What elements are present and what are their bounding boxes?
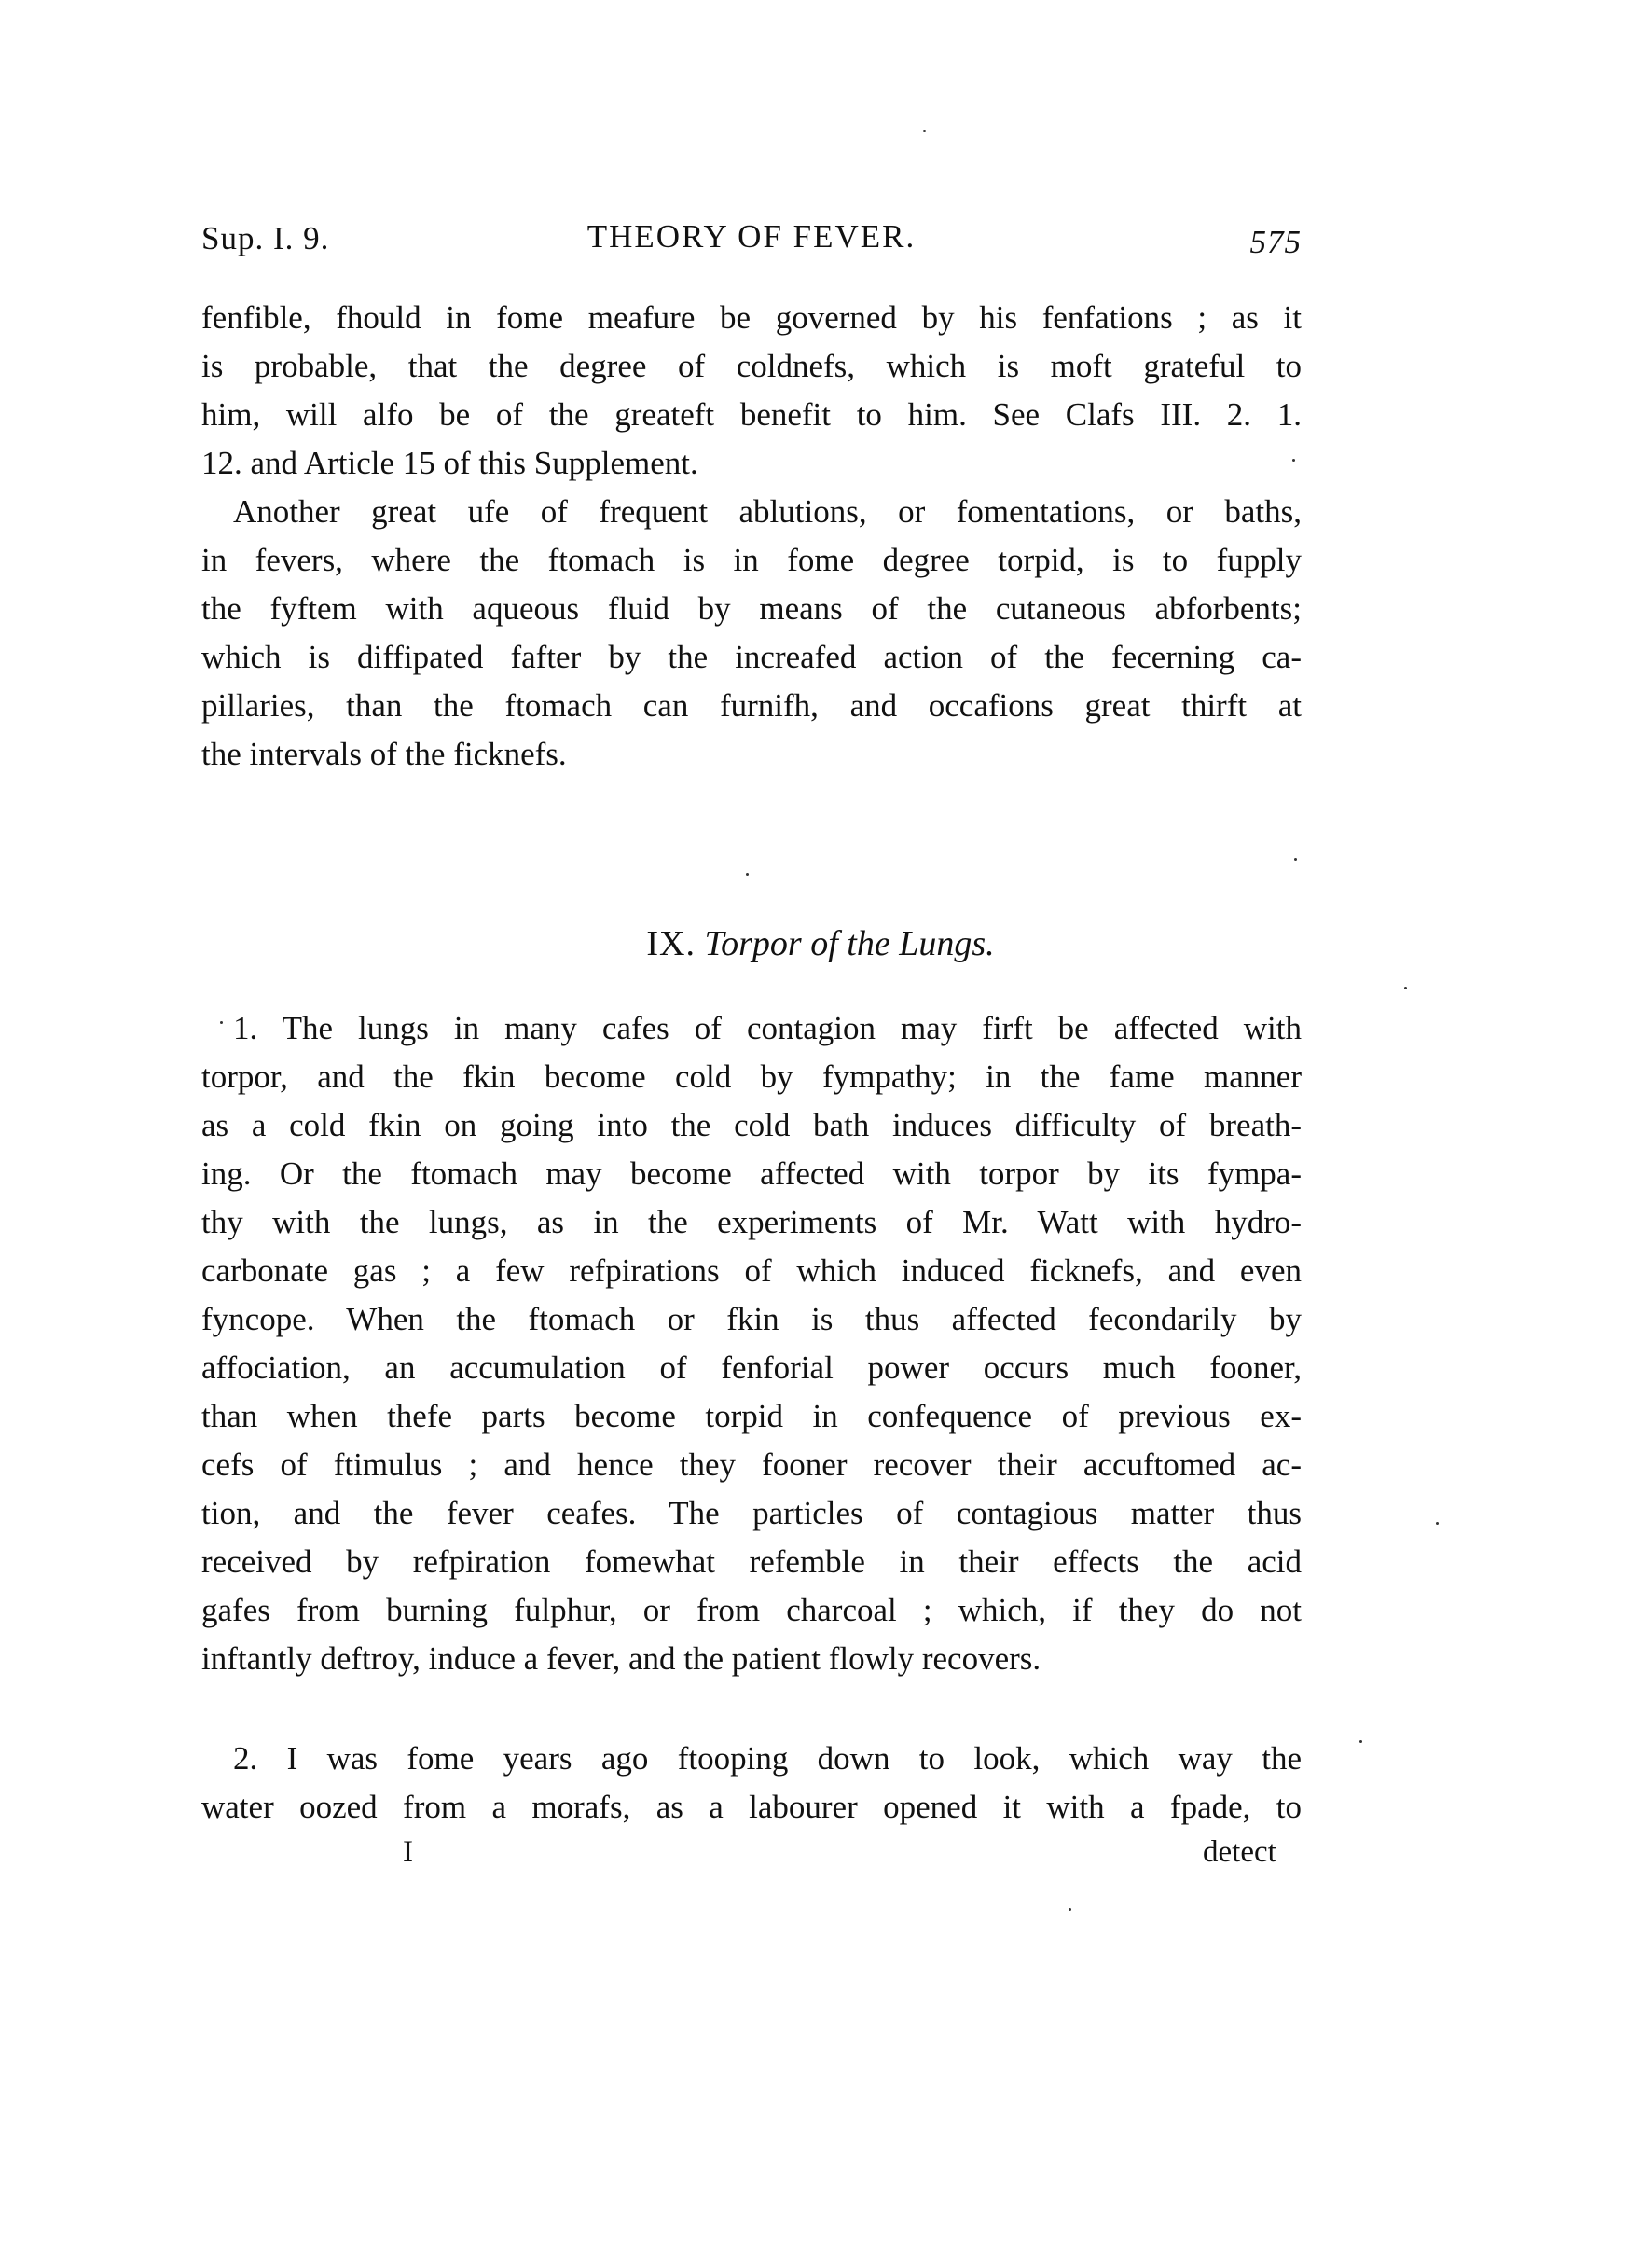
print-speck	[1404, 987, 1407, 989]
running-header: Sup. I. 9. THEORY OF FEVER. 575	[201, 220, 1302, 267]
print-speck	[1294, 858, 1297, 861]
text-line: Another great ufe of frequent ablutions,…	[201, 488, 1302, 536]
text-line: is probable, that the degree of coldnefs…	[201, 342, 1302, 391]
continuation-paragraph: fenfible, fhould in fome meafure be gove…	[201, 294, 1302, 488]
text-line: received by refpiration fomewhat refembl…	[201, 1538, 1302, 1586]
text-line: cefs of ftimulus ; and hence they fooner…	[201, 1441, 1302, 1489]
text-line: the fyftem with aqueous fluid by means o…	[201, 585, 1302, 633]
book-page: Sup. I. 9. THEORY OF FEVER. 575 fenfible…	[0, 0, 1641, 2268]
text-line: as a cold fkin on going into the cold ba…	[201, 1101, 1302, 1150]
text-line: 1. The lungs in many cafes of contagion …	[201, 1004, 1302, 1053]
section-number: IX.	[646, 924, 696, 963]
ablutions-paragraph: Another great ufe of frequent ablutions,…	[201, 488, 1302, 779]
text-line: fenfible, fhould in fome meafure be gove…	[201, 294, 1302, 342]
text-line: in fevers, where the ftomach is in fome …	[201, 536, 1302, 585]
text-line: water oozed from a morafs, as a labourer…	[201, 1783, 1302, 1832]
section-title: Torpor of the Lungs.	[704, 924, 994, 963]
text-line: 12. and Article 15 of this Supplement.	[201, 439, 1302, 488]
print-speck	[1436, 1522, 1439, 1525]
print-speck	[746, 873, 749, 876]
text-line: inftantly deftroy, induce a fever, and t…	[201, 1635, 1302, 1683]
text-line: the intervals of the ficknefs.	[201, 730, 1302, 779]
text-line: ing. Or the ftomach may become affected …	[201, 1150, 1302, 1198]
text-line: which is diffipated fafter by the increa…	[201, 633, 1302, 682]
text-line: gafes from burning fulphur, or from char…	[201, 1586, 1302, 1635]
print-speck	[1359, 1740, 1362, 1743]
page-number: 575	[1250, 224, 1303, 261]
text-line: him, will alfo be of the greateft benefi…	[201, 391, 1302, 439]
text-line: fyncope. When the ftomach or fkin is thu…	[201, 1295, 1302, 1344]
text-line: thy with the lungs, as in the experiment…	[201, 1198, 1302, 1247]
text-line: affociation, an accumulation of fenforia…	[201, 1344, 1302, 1392]
article-1-paragraph: 1. The lungs in many cafes of contagion …	[201, 1004, 1302, 1683]
article-2-paragraph: 2. I was fome years ago ftooping down to…	[201, 1735, 1302, 1832]
text-line: 2. I was fome years ago ftooping down to…	[201, 1735, 1302, 1783]
catchword: detect	[1203, 1835, 1276, 1870]
text-line: carbonate gas ; a few refpirations of wh…	[201, 1247, 1302, 1295]
text-line: tion, and the fever ceafes. The particle…	[201, 1489, 1302, 1538]
text-line: pillaries, than the ftomach can furnifh,…	[201, 682, 1302, 730]
print-speck	[923, 130, 926, 132]
signature-mark: I	[403, 1835, 413, 1870]
section-heading: IX. Torpor of the Lungs.	[0, 923, 1641, 964]
text-line: than when thefe parts become torpid in c…	[201, 1392, 1302, 1441]
running-title: THEORY OF FEVER.	[201, 218, 1302, 256]
text-line: torpor, and the fkin become cold by fymp…	[201, 1053, 1302, 1101]
print-speck	[1069, 1908, 1071, 1911]
